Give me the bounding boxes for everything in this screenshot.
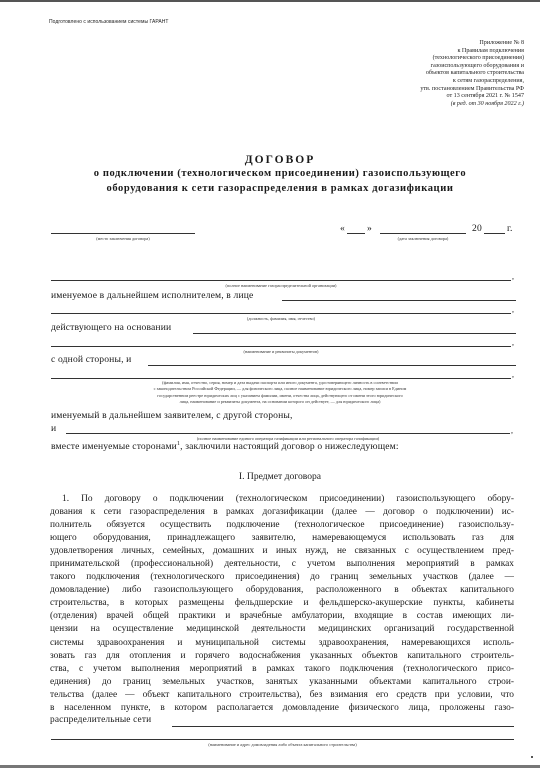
subtitle-line: оборудования к сети газораспределения в … <box>40 181 520 196</box>
comma: , <box>512 338 514 347</box>
basis-label: действующего на основании <box>51 322 171 333</box>
day-field[interactable] <box>347 233 365 234</box>
applicant-label: именуемый в дальнейшем заявителем, с дру… <box>51 410 293 421</box>
caption-line: лица, наименование и реквизиты документа… <box>40 399 520 405</box>
appendix-line: от 13 сентября 2021 г. № 1547 <box>324 93 524 101</box>
applicant-field-2[interactable] <box>51 378 511 379</box>
appendix-reference: Приложение № 8 к Правилам подключения (т… <box>324 40 524 108</box>
paragraph-line: 1. По договору о подключении (технологич… <box>50 493 514 506</box>
paragraph-line: принимательской (профессиональной) деяте… <box>50 558 514 571</box>
one-side-label: с одной стороны, и <box>51 354 131 365</box>
networks-field[interactable] <box>172 726 514 727</box>
year-prefix: 20 <box>472 223 482 234</box>
date-caption: (дата заключения договора) <box>380 236 466 241</box>
address-field[interactable] <box>51 739 514 740</box>
paragraph-line: зовать газ для отопления и горячего водо… <box>50 650 514 663</box>
networks-label: распределительные сети <box>50 715 151 725</box>
source-note: Подготовлено с использованием системы ГА… <box>49 19 169 25</box>
paragraph-line: единения) до границ земельных участков, … <box>50 676 514 689</box>
window-top-border <box>0 0 540 2</box>
paragraph-line: (отделения) врачей общей практики и врач… <box>50 610 514 623</box>
paragraph-line: домовладение) либо газоиспользующего обо… <box>50 584 514 597</box>
paragraph-line: ства, с учетом выполнения мероприятий в … <box>50 663 514 676</box>
and-label: и <box>51 423 56 434</box>
appendix-line: (технологического присоединения) <box>324 55 524 63</box>
paragraph-line: удовлетворения личных, семейных, домашни… <box>50 545 514 558</box>
paragraph-line: строительства, в которых размещены фельд… <box>50 597 514 610</box>
basis-field[interactable] <box>193 333 516 334</box>
paragraph-line: полнитель обязуется осуществить подключе… <box>50 519 514 532</box>
together-text: вместе именуемые сторонами <box>51 441 177 452</box>
section-heading: I. Предмет договора <box>40 471 520 482</box>
together-text-end: , заключили настоящий договор о нижеслед… <box>180 441 399 452</box>
appendix-line: объектов капитального строительства <box>324 70 524 78</box>
representative-field[interactable] <box>282 300 516 301</box>
together-label: вместе именуемые сторонами1, заключили н… <box>51 441 399 452</box>
paragraph-line: тельства (далее — объект капитального ст… <box>50 689 514 702</box>
page-marker <box>531 756 533 758</box>
address-caption: (наименование и адрес домовладения либо … <box>51 742 514 747</box>
applicant-field[interactable] <box>148 365 516 366</box>
representative-field-2[interactable] <box>51 313 511 314</box>
paragraph-line: ющего оборудования, принадлежащего заяви… <box>50 532 514 545</box>
appendix-line: Приложение № 8 <box>324 40 524 48</box>
comma: , <box>512 272 514 281</box>
organization-field[interactable] <box>51 280 511 281</box>
comma: , <box>512 370 514 379</box>
appendix-edition: (в ред. от 30 ноября 2022 г.) <box>324 101 524 109</box>
paragraph-line: дования к сети газораспределения в рамка… <box>50 506 514 519</box>
year-field[interactable] <box>484 233 505 234</box>
paragraph-line: системы здравоохранения и муниципальной … <box>50 637 514 650</box>
operator-field[interactable] <box>66 433 510 434</box>
subtitle-line: о подключении (технологическом присоедин… <box>40 166 520 181</box>
applicant-caption: (фамилия, имя, отчество, серия, номер и … <box>40 380 520 405</box>
place-caption: (место заключения договора) <box>51 236 195 241</box>
paragraph-line: цензии на осуществление медицинской деят… <box>50 623 514 636</box>
year-suffix: г. <box>507 223 513 234</box>
document-title: ДОГОВОР <box>40 154 520 166</box>
appendix-line: к сетям газораспределения, <box>324 78 524 86</box>
comma: , <box>511 426 513 435</box>
executor-label: именуемое в дальнейшем исполнителем, в л… <box>51 290 253 301</box>
paragraph-line: в населенном пункте, в котором располага… <box>50 702 514 715</box>
subject-paragraph: 1. По договору о подключении (технологич… <box>50 493 514 715</box>
position-caption: (должность, фамилия, имя, отчество) <box>51 316 511 321</box>
basis-field-2[interactable] <box>51 346 511 347</box>
quote-open: « <box>340 223 345 234</box>
place-field[interactable] <box>51 233 195 234</box>
paragraph-line: такого подключения (технологического при… <box>50 571 514 584</box>
quote-close: » <box>367 223 372 234</box>
comma: , <box>512 305 514 314</box>
month-field[interactable] <box>380 233 466 234</box>
organization-caption: (полное наименование газораспределительн… <box>51 283 511 288</box>
document-subtitle: о подключении (технологическом присоедин… <box>40 166 520 196</box>
